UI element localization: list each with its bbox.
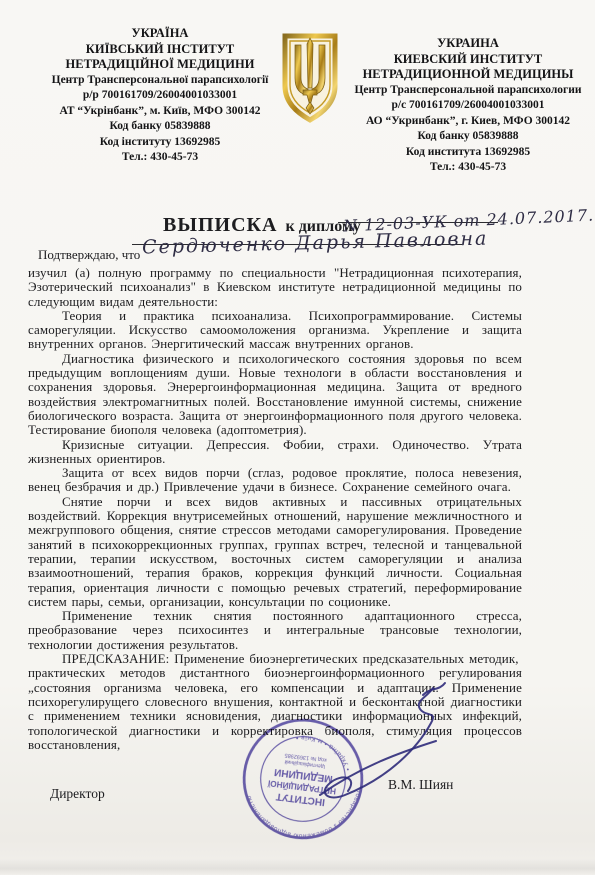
paragraph: Диагностика физического и психологическо… (28, 352, 522, 438)
diploma-extract-document: УКРАЇНА КИЇВСЬКИЙ ІНСТИТУТ НЕТРАДИЦІЙНОЇ… (0, 0, 595, 875)
paragraph: Снятие порчи и всех видов активных и пас… (28, 495, 522, 609)
letterhead-line: Центр Трансперсональной парапсихологии (348, 83, 588, 99)
letterhead-line: УКРАЇНА (40, 26, 280, 42)
director-label: Директор (50, 786, 105, 802)
paragraph: Применение техник снятия постоянного ада… (28, 609, 522, 652)
paragraph: Защита от всех видов порчи (сглаз, родов… (28, 466, 522, 495)
paragraph: Кризисные ситуации. Депрессия. Фобии, ст… (28, 438, 522, 467)
letterhead-line: УКРАИНА (348, 36, 588, 52)
paragraph: Теория и практика психоанализа. Психопро… (28, 309, 522, 352)
ukraine-trident-emblem-icon (280, 32, 340, 124)
letterhead-line: АТ “Укрінбанк”, м. Київ, МФО 300142 (40, 104, 280, 120)
paragraph: изучил (а) полную программу по специальн… (28, 266, 522, 309)
letterhead-line: Тел.: 430-45-73 (40, 150, 280, 166)
letterhead-line: КИЕВСКИЙ ИНСТИТУТ (348, 52, 588, 68)
confirmation-label: Подтверждаю, что (38, 247, 140, 263)
letterhead-line: Центр Трансперсональної парапсихології (40, 73, 280, 89)
letterhead-line: КИЇВСЬКИЙ ІНСТИТУТ (40, 42, 280, 58)
letterhead-line: НЕТРАДИЦІЙНОЇ МЕДИЦИНИ (40, 57, 280, 73)
letterhead-line: Код института 13692985 (348, 145, 588, 161)
director-signature (240, 665, 450, 815)
letterhead-line: Код банку 05839888 (348, 129, 588, 145)
letterhead-line: Код інституту 13692985 (40, 135, 280, 151)
letterhead-line: Тел.: 430-45-73 (348, 160, 588, 176)
letterhead-line: Код банку 05839888 (40, 119, 280, 135)
letterhead-left-ukrainian: УКРАЇНА КИЇВСЬКИЙ ІНСТИТУТ НЕТРАДИЦІЙНОЇ… (40, 26, 280, 166)
letterhead-line: НЕТРАДИЦИОННОЙ МЕДИЦИНЫ (348, 67, 588, 83)
letterhead-line: АО “Укринбанк”, г. Киев, МФО 300142 (348, 114, 588, 130)
letterhead-right-russian: УКРАИНА КИЕВСКИЙ ИНСТИТУТ НЕТРАДИЦИОННОЙ… (348, 36, 588, 176)
letterhead-line: р/р 700161709/26004001033001 (40, 88, 280, 104)
letterhead-line: р/с 700161709/26004001033001 (348, 98, 588, 114)
